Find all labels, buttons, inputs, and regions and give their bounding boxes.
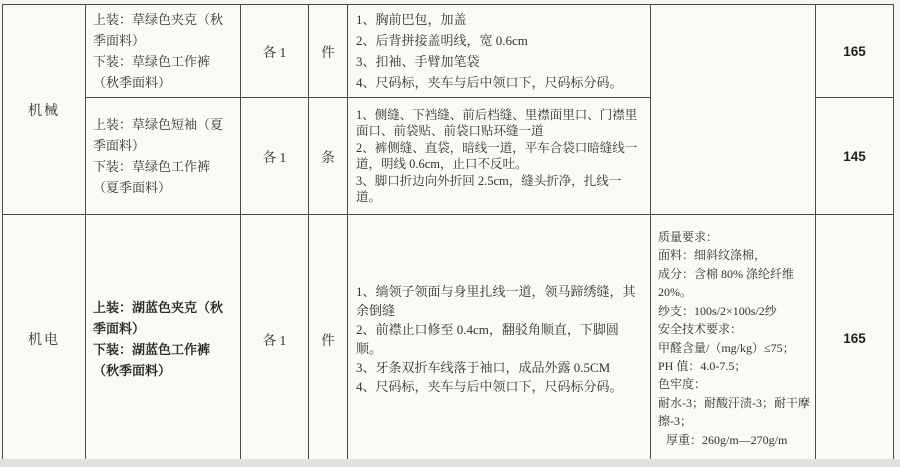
size-cell-row3: 165 bbox=[816, 215, 894, 463]
category-cell-machinery: 机械 bbox=[3, 5, 86, 215]
unit-cell-row1: 件 bbox=[309, 5, 348, 98]
table-row: 机械 上装：草绿色夹克（秋季面料） 下装：草绿色工作裤（秋季面料） 各 1 件 … bbox=[3, 5, 894, 98]
spec-item: 1、侧缝、下裆缝、前后档缝、里襟面里口、门襟里面口、前袋贴、前袋口贴环缝一道 bbox=[356, 107, 642, 140]
description-cell-row3: 上装：湖蓝色夹克（秋季面料） 下装：湖蓝色工作裤（秋季面料） bbox=[86, 215, 241, 463]
desc-top-line: 上装：草绿色短袖（夏季面料） bbox=[93, 114, 233, 156]
spec-item: 3、脚口折边向外折回 2.5cm，缝头折净，扎线一道。 bbox=[356, 173, 642, 206]
quality-line: 厚重：260g/m—270g/m bbox=[658, 431, 810, 449]
spec-item: 1、绱领子领面与身里扎线一道，领马蹄绣缝，其余倒缝 bbox=[356, 282, 642, 320]
category-cell-electromech: 机电 bbox=[3, 215, 86, 463]
quantity-cell-row2: 各 1 bbox=[241, 98, 309, 215]
spec-item: 2、前襟止口修至 0.4cm，翻驳角顺直，下脚圆顺。 bbox=[356, 320, 642, 358]
unit-cell-row3: 件 bbox=[309, 215, 348, 463]
quality-line: 安全技术要求： bbox=[658, 320, 810, 338]
desc-bottom-line: 下装：湖蓝色工作裤（秋季面料） bbox=[93, 339, 233, 381]
quality-line: 成分：含棉 80% 涤纶纤维 20%。 bbox=[658, 265, 810, 302]
quality-line: 纱支：100s/2×100s/2纱 bbox=[658, 302, 810, 320]
desc-bottom-line: 下装：草绿色工作裤（秋季面料） bbox=[93, 51, 233, 93]
spec-item: 1、胸前巴包，加盖 bbox=[356, 9, 642, 30]
quality-line: 甲醛含量/（mg/kg）≤75； bbox=[658, 339, 810, 357]
description-cell-row1: 上装：草绿色夹克（秋季面料） 下装：草绿色工作裤（秋季面料） bbox=[86, 5, 241, 98]
unit-cell-row2: 条 bbox=[309, 98, 348, 215]
scanned-document-page: 机械 上装：草绿色夹克（秋季面料） 下装：草绿色工作裤（秋季面料） 各 1 件 … bbox=[0, 0, 900, 467]
spec-item: 2、裤侧缝、直袋，暗线一道，平车合袋口暗缝线一道，明线 0.6cm，止口不反吐。 bbox=[356, 140, 642, 173]
quality-line: PH 值：4.0-7.5； bbox=[658, 357, 810, 375]
spec-item: 4、尺码标，夹车与后中领口下，尺码标分码。 bbox=[356, 72, 642, 93]
quality-line: 质量要求： bbox=[658, 228, 810, 246]
spec-item: 3、扣袖、手臂加笔袋 bbox=[356, 51, 642, 72]
spec-item: 2、后背拼接盖明线，宽 0.6cm bbox=[356, 30, 642, 51]
spec-cell-row1: 1、胸前巴包，加盖 2、后背拼接盖明线，宽 0.6cm 3、扣袖、手臂加笔袋 4… bbox=[348, 5, 651, 98]
quality-requirements-cell: 质量要求： 面料：细斜纹涤棉， 成分：含棉 80% 涤纶纤维 20%。 纱支：1… bbox=[651, 215, 816, 463]
quality-line: 面料：细斜纹涤棉， bbox=[658, 246, 810, 264]
quality-cell-empty bbox=[651, 5, 816, 215]
garment-spec-table: 机械 上装：草绿色夹克（秋季面料） 下装：草绿色工作裤（秋季面料） 各 1 件 … bbox=[2, 4, 894, 463]
quantity-cell-row3: 各 1 bbox=[241, 215, 309, 463]
quantity-cell-row1: 各 1 bbox=[241, 5, 309, 98]
size-cell-row1: 165 bbox=[816, 5, 894, 98]
size-cell-row2: 145 bbox=[816, 98, 894, 215]
page-edge bbox=[0, 459, 900, 467]
desc-bottom-line: 下装：草绿色工作裤（夏季面料） bbox=[93, 156, 233, 198]
desc-top-line: 上装：湖蓝色夹克（秋季面料） bbox=[93, 297, 233, 339]
spec-item: 3、牙条双折车线落于袖口，成品外露 0.5CM bbox=[356, 358, 642, 377]
spec-cell-row2: 1、侧缝、下裆缝、前后档缝、里襟面里口、门襟里面口、前袋贴、前袋口贴环缝一道 2… bbox=[348, 98, 651, 215]
desc-top-line: 上装：草绿色夹克（秋季面料） bbox=[93, 9, 233, 51]
table-row: 机电 上装：湖蓝色夹克（秋季面料） 下装：湖蓝色工作裤（秋季面料） 各 1 件 … bbox=[3, 215, 894, 463]
quality-line: 耐水-3；耐酸汗渍-3；耐干摩擦-3； bbox=[658, 394, 810, 431]
quality-line: 色牢度： bbox=[658, 375, 810, 393]
spec-item: 4、尺码标，夹车与后中领口下，尺码标分码。 bbox=[356, 377, 642, 396]
description-cell-row2: 上装：草绿色短袖（夏季面料） 下装：草绿色工作裤（夏季面料） bbox=[86, 98, 241, 215]
spec-cell-row3: 1、绱领子领面与身里扎线一道，领马蹄绣缝，其余倒缝 2、前襟止口修至 0.4cm… bbox=[348, 215, 651, 463]
